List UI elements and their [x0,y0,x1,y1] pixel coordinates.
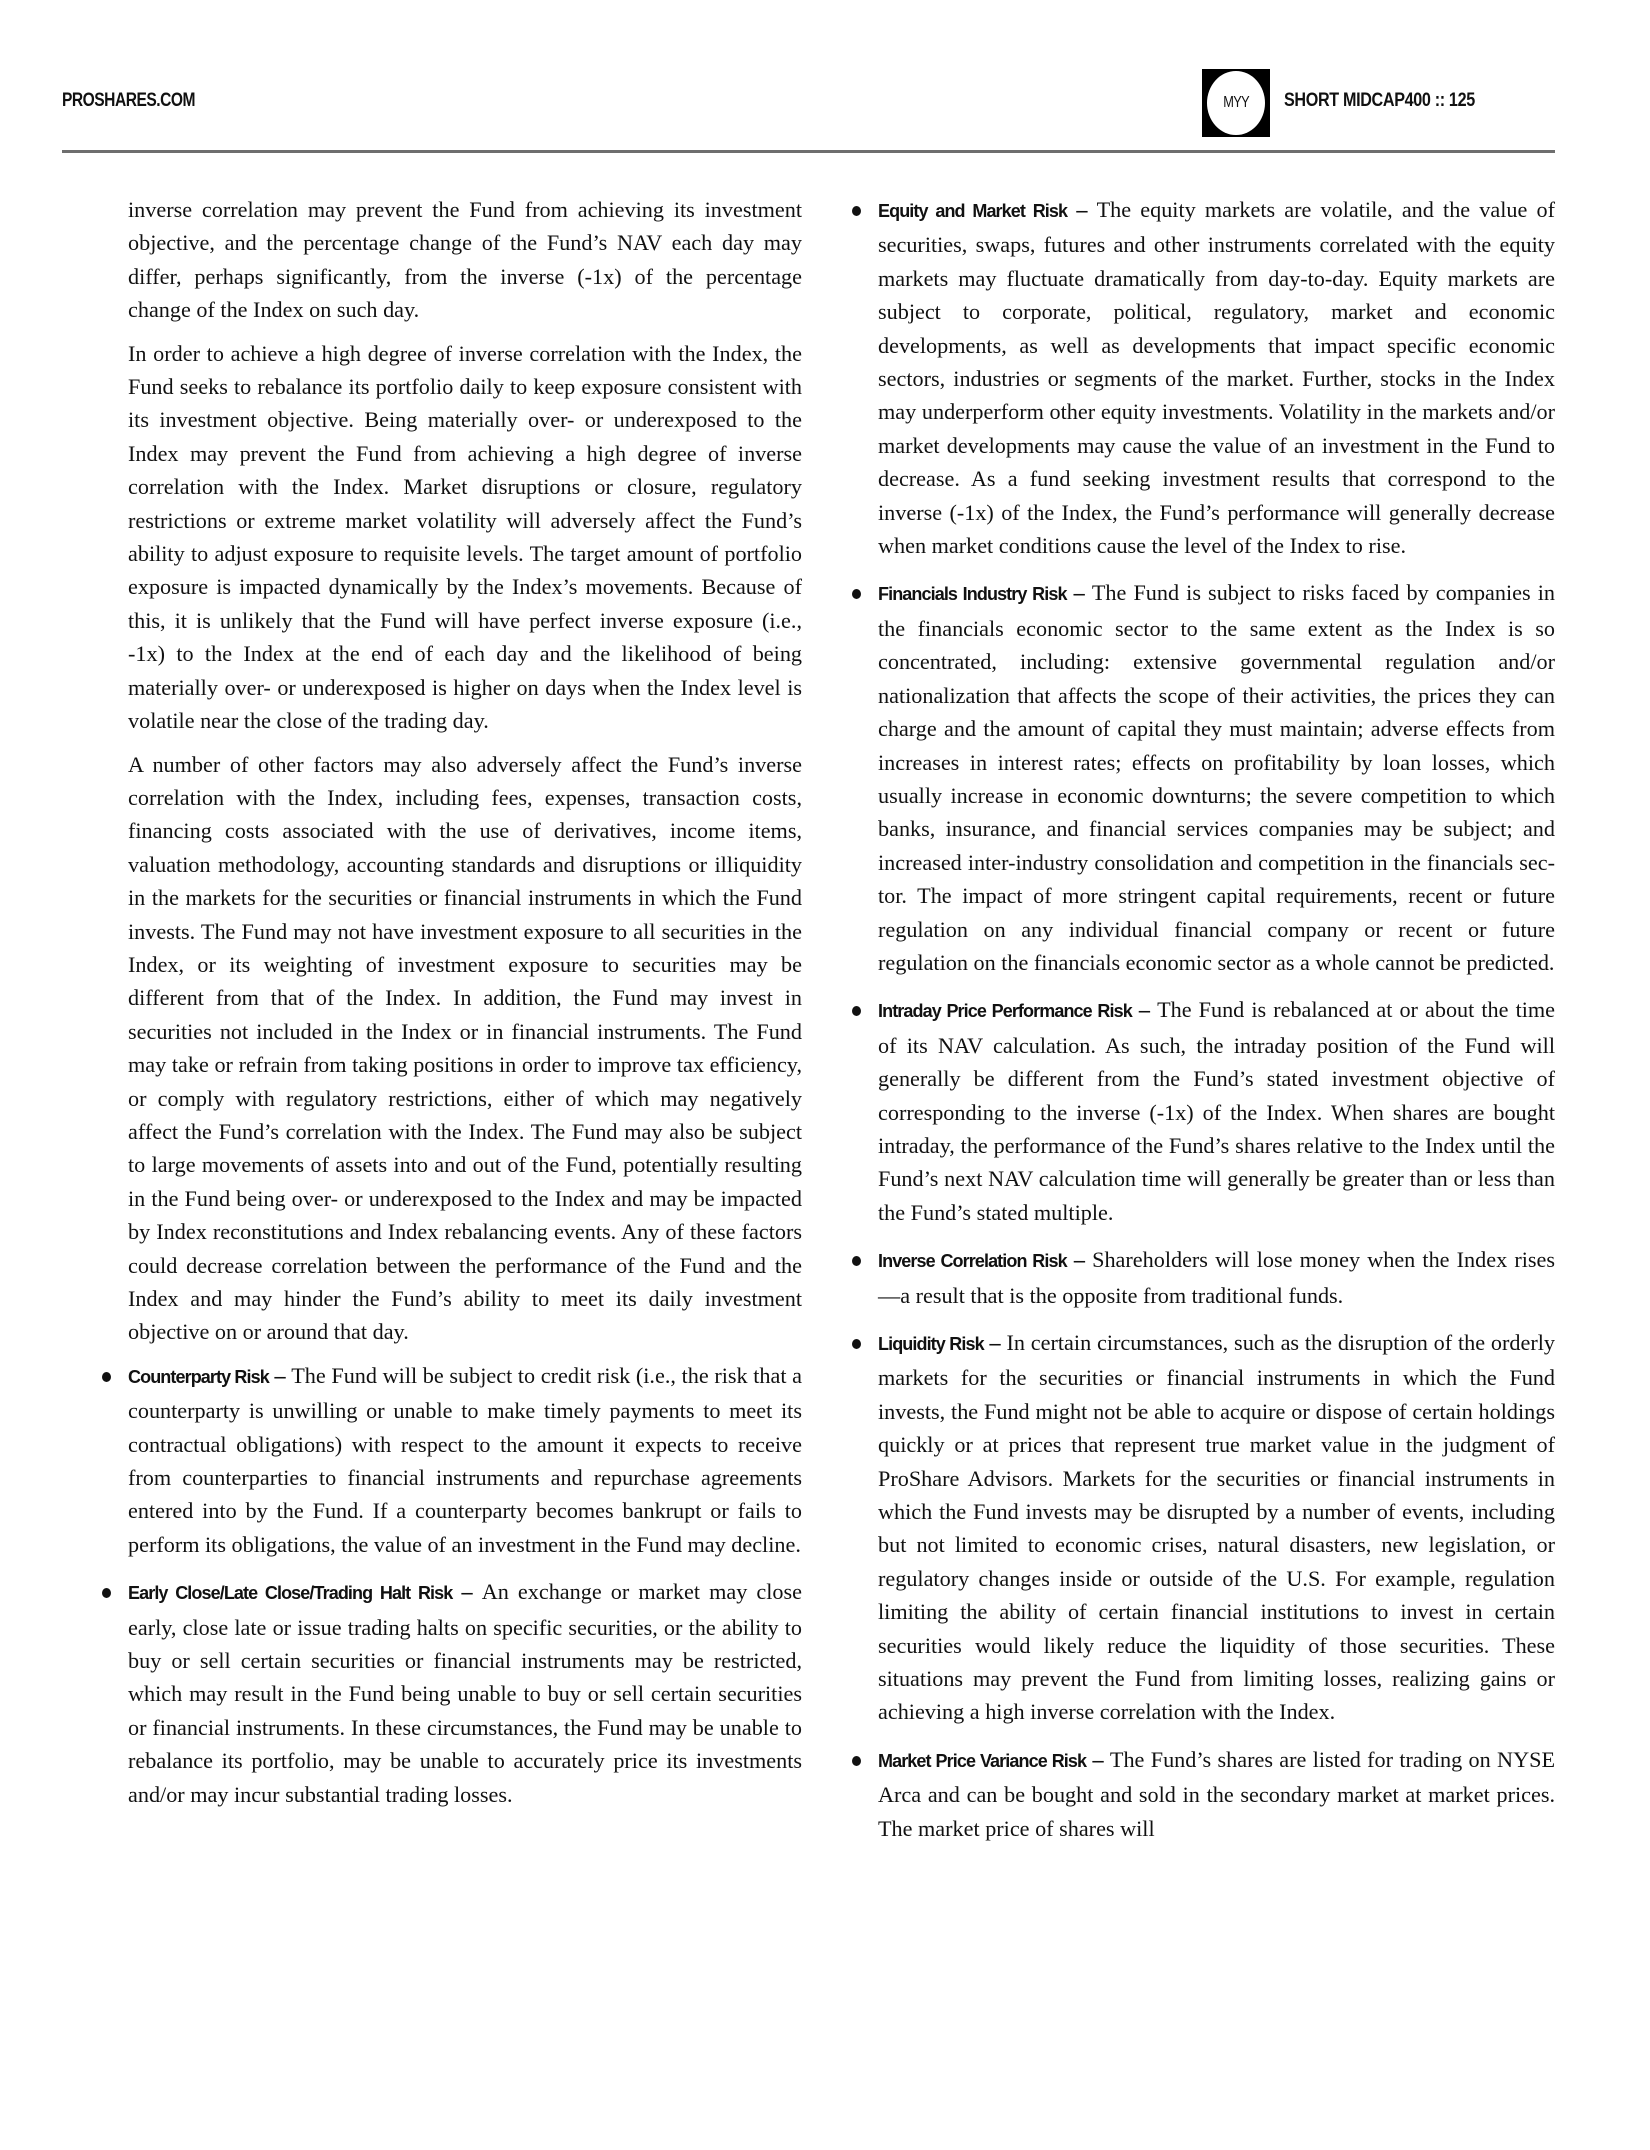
em-dash: – [1086,1747,1110,1772]
risk-text: In certain circumstances, such as the di… [878,1330,1555,1724]
em-dash: – [1067,580,1092,605]
risk-item-equity-market: Equity and Market Risk – The equity mark… [878,193,1555,562]
em-dash: – [1132,997,1157,1022]
bullet-icon [852,1006,861,1016]
risk-title: Counterparty Risk [128,1367,269,1387]
header-divider [62,150,1555,153]
bullet-icon [102,1372,111,1382]
em-dash: – [452,1579,481,1604]
risk-title: Financials Industry Risk [878,584,1067,604]
fund-name-page-number: SHORT MIDCAP400 :: 125 [1284,90,1475,112]
ticker-badge-oval: MYY [1207,71,1265,135]
risk-text: The Fund is subject to risks faced by co… [878,580,1555,974]
left-column: inverse correlation may prevent the Fund… [128,193,802,1825]
risk-item-intraday-price: Intraday Price Performance Risk – The Fu… [878,993,1555,1229]
bullet-icon [852,1756,861,1766]
risk-item-inverse-correlation: Inverse Correlation Risk – Shareholders … [878,1243,1555,1312]
risk-text: The Fund is rebalanced at or about the t… [878,997,1555,1224]
bullet-icon [102,1588,111,1598]
risk-title: Equity and Market Risk [878,201,1067,221]
bullet-icon [852,1339,861,1349]
bullet-icon [852,589,861,599]
risk-title: Intraday Price Performance Risk [878,1001,1132,1021]
bullet-icon [852,206,861,216]
right-column: Equity and Market Risk – The equity mark… [878,193,1555,1859]
risk-title: Early Close/Late Close/Trading Halt Risk [128,1583,452,1603]
ticker-symbol: MYY [1223,94,1249,112]
risk-item-counterparty: Counterparty Risk – The Fund will be sub… [128,1359,802,1561]
bullet-icon [852,1256,861,1266]
em-dash: – [1067,1247,1092,1272]
em-dash: – [269,1363,291,1388]
page-header: PROSHARES.COM MYY SHORT MIDCAP400 :: 125 [0,0,1650,160]
em-dash: – [984,1330,1007,1355]
risk-title: Liquidity Risk [878,1334,984,1354]
em-dash: – [1067,197,1096,222]
risk-title: Market Price Variance Risk [878,1751,1086,1771]
paragraph: A number of other factors may also adver… [128,748,802,1349]
site-name: PROSHARES.COM [62,90,195,112]
paragraph: inverse correlation may prevent the Fund… [128,193,802,327]
risk-item-liquidity: Liquidity Risk – In certain circumstance… [878,1326,1555,1729]
risk-text: The equity markets are volatile, and the… [878,197,1555,558]
risk-item-financials-industry: Financials Industry Risk – The Fund is s… [878,576,1555,979]
risk-text: The Fund will be subject to credit risk … [128,1363,802,1557]
paragraph: In order to achieve a high degree of inv… [128,337,802,738]
risk-text: An exchange or market may close early, c… [128,1579,802,1806]
risk-item-market-price-variance: Market Price Variance Risk – The Fund’s … [878,1743,1555,1845]
risk-item-early-close: Early Close/Late Close/Trading Halt Risk… [128,1575,802,1811]
risk-title: Inverse Correlation Risk [878,1251,1067,1271]
